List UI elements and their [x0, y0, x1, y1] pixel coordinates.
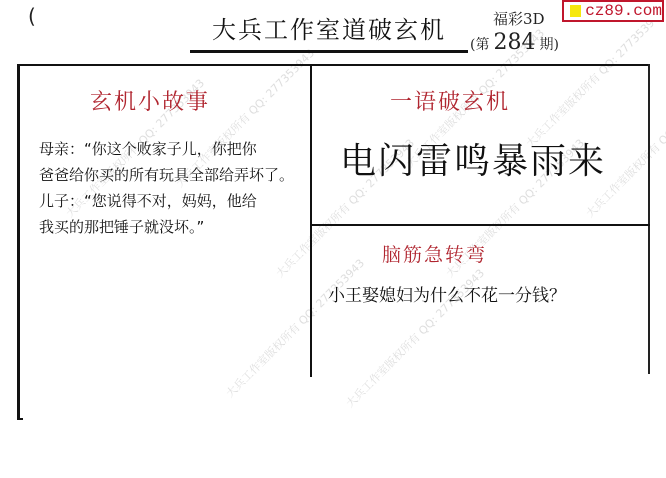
yellow-square-icon: [570, 5, 581, 17]
row-divider: [310, 224, 650, 226]
page-title: 大兵工作室道破玄机: [212, 10, 446, 45]
frame-left-foot: [17, 418, 23, 420]
story-text: 母亲：“你这个败家子儿，你把你 爸爸给你买的所有玩具全部给弄坏了。 儿子：“您说…: [39, 136, 314, 240]
issue-label: (第284期): [470, 30, 559, 55]
frame-left-border: [17, 64, 20, 420]
site-badge[interactable]: cz89.com: [562, 0, 664, 22]
open-parenthesis: (: [28, 4, 36, 28]
watermark: 大兵工作室版权所有 QQ: 277353943: [222, 255, 368, 401]
frame-right-border: [648, 64, 650, 374]
site-badge-text: cz89.com: [585, 2, 662, 20]
issue-suffix: 期): [539, 37, 558, 53]
story-line: 爸爸给你买的所有玩具全部给弄坏了。: [39, 162, 314, 188]
frame-top-border: [17, 64, 650, 66]
title-underline: [190, 50, 468, 53]
story-heading: 玄机小故事: [90, 85, 210, 116]
issue-number: 284: [493, 30, 535, 55]
lottery-name: 福彩3D: [493, 8, 545, 29]
story-line: 我买的那把锤子就没坏。”: [39, 214, 314, 240]
story-line: 儿子：“您说得不对，妈妈，他给: [39, 188, 314, 214]
story-line: 母亲：“你这个败家子儿，你把你: [39, 136, 314, 162]
key-phrase: 电闪雷鸣暴雨来: [340, 133, 606, 184]
issue-prefix: (第: [470, 37, 489, 53]
phrase-heading: 一语破玄机: [390, 85, 510, 116]
riddle-heading: 脑筋急转弯: [382, 240, 487, 267]
riddle-question: 小王娶媳妇为什么不花一分钱？: [328, 281, 566, 306]
